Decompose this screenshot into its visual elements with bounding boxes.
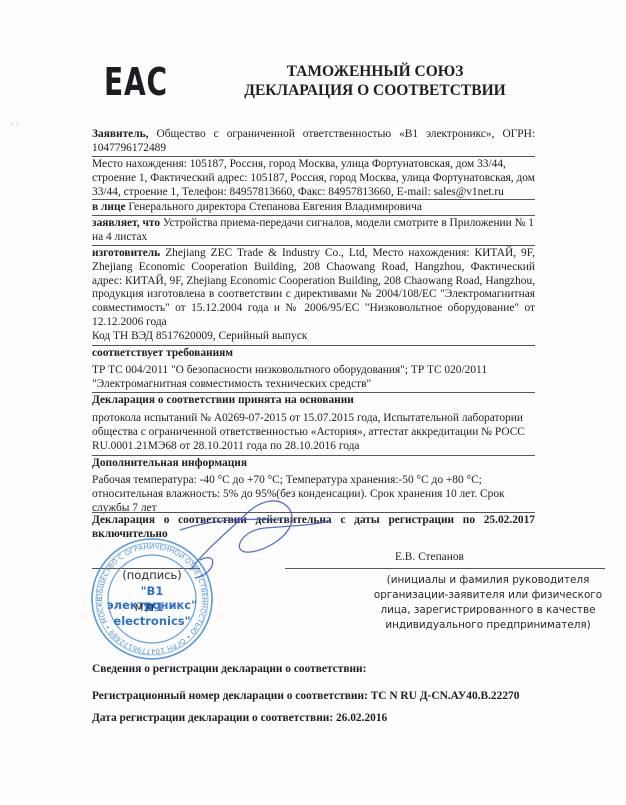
basis-text: протокола испытаний № А0269-07-2015 от 1…	[92, 412, 535, 453]
eac-logo: EAC	[104, 62, 168, 102]
applicant-label: Заявитель,	[92, 128, 149, 140]
scan-artifact: · ·	[10, 120, 19, 131]
represented-by-text: Генерального директора Степанова Евгения…	[126, 201, 422, 213]
product-code: Код ТН ВЭД 8517620009, Серийный выпуск	[92, 330, 535, 344]
requirements-text: ТР ТС 004/2011 "О безопасности низковоль…	[92, 364, 535, 392]
handwritten-signature-icon	[170, 490, 340, 580]
divider	[92, 156, 535, 157]
additional-label: Дополнительная информация	[92, 457, 535, 471]
divider	[92, 392, 535, 393]
registration-number-label: Регистрационный номер декларации о соотв…	[92, 690, 371, 702]
divider	[92, 215, 535, 216]
applicant-text: Общество с ограниченной ответственностью…	[92, 128, 535, 154]
represented-by-label: в лице	[92, 201, 126, 213]
registration-date-row: Дата регистрации декларации о соответств…	[92, 712, 387, 724]
registration-number: ТС N RU Д-CN.АУ40.В.22270	[371, 690, 520, 702]
divider	[92, 455, 535, 456]
represented-by-section: в лице Генерального директора Степанова …	[92, 201, 535, 215]
signer-name: Е.В. Степанов	[395, 551, 464, 563]
registration-heading: Сведения о регистрации декларации о соот…	[92, 663, 366, 675]
manufacturer-text: Zhejiang ZEC Trade & Industry Co., Ltd, …	[92, 247, 535, 328]
manufacturer-label: изготовитель	[92, 247, 160, 259]
divider	[92, 345, 535, 346]
registration-date-label: Дата регистрации декларации о соответств…	[92, 712, 336, 724]
declares-label: заявляет, что	[92, 217, 160, 229]
registration-number-row: Регистрационный номер декларации о соотв…	[92, 690, 519, 702]
registration-date: 26.02.2016	[336, 712, 387, 724]
signer-caption: (инициалы и фамилия руководителя организ…	[372, 573, 604, 633]
document-title: ТАМОЖЕННЫЙ СОЮЗ ДЕКЛАРАЦИЯ О СООТВЕТСТВИ…	[230, 62, 520, 100]
title-line-1: ТАМОЖЕННЫЙ СОЮЗ	[230, 62, 520, 81]
divider	[92, 245, 535, 246]
declares-section: заявляет, что Устройства приема-передачи…	[92, 217, 535, 245]
divider	[92, 199, 535, 200]
requirements-label: соответствует требованиям	[92, 347, 535, 361]
basis-label: Декларация о соответствии принята на осн…	[92, 394, 535, 408]
seal-mp-label: М.П.	[126, 603, 166, 614]
manufacturer-section: изготовитель Zhejiang ZEC Trade & Indust…	[92, 247, 535, 330]
applicant-section: Заявитель, Общество с ограниченной ответ…	[92, 128, 535, 156]
address-section: Место нахождения: 105187, Россия, город …	[92, 158, 535, 199]
title-line-2: ДЕКЛАРАЦИЯ О СООТВЕТСТВИИ	[230, 81, 520, 100]
